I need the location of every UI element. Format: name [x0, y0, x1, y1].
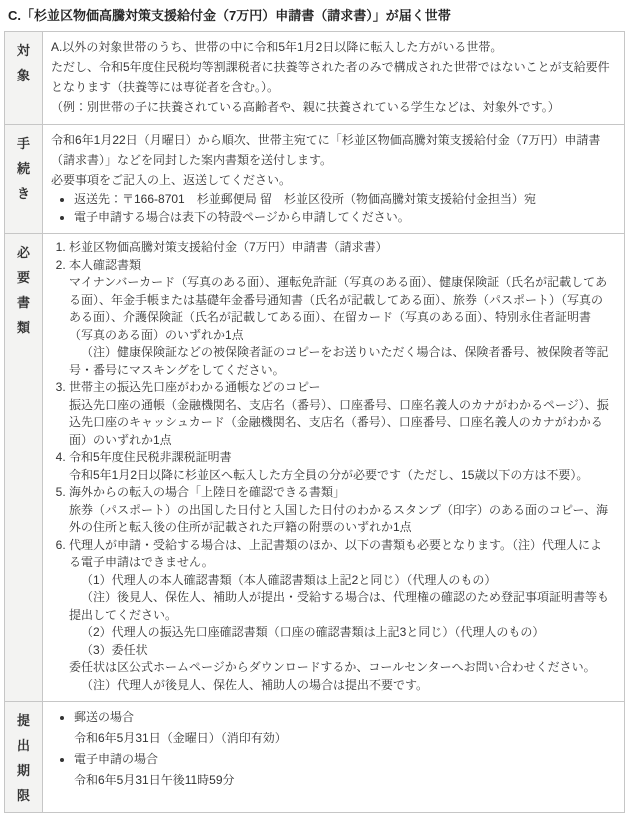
- benefit-info-table: 対象 A.以外の対象世帯のうち、世帯の中に令和5年1月2日以降に転入した方がいる…: [4, 31, 625, 813]
- documents-list: 杉並区物価高騰対策支援給付金（7万円）申請書（請求書） 本人確認書類 マイナンバ…: [51, 239, 614, 694]
- procedure-paragraph-1: 令和6年1月22日（月曜日）から順次、世帯主宛てに「杉並区物価高騰対策支援給付金…: [51, 130, 614, 170]
- document-item-title: 代理人が申請・受給する場合は、上記書類のほか、以下の書類も必要となります。（注）…: [69, 537, 614, 572]
- row-header-procedure: 手続き: [5, 125, 43, 234]
- document-item-title: 海外からの転入の場合「上陸日を確認できる書類」: [69, 484, 614, 502]
- row-procedure: 手続き 令和6年1月22日（月曜日）から順次、世帯主宛てに「杉並区物価高騰対策支…: [5, 125, 625, 234]
- document-item-title: 令和5年度住民税非課税証明書: [69, 449, 614, 467]
- target-paragraph-1: A.以外の対象世帯のうち、世帯の中に令和5年1月2日以降に転入した方がいる世帯。: [51, 37, 614, 57]
- deadline-online-date: 令和6年5月31日午後11時59分: [74, 770, 614, 791]
- row-content-procedure: 令和6年1月22日（月曜日）から順次、世帯主宛てに「杉並区物価高騰対策支援給付金…: [43, 125, 625, 234]
- document-item-detail: 令和5年1月2日以降に杉並区へ転入した方全員の分が必要です（ただし、15歳以下の…: [69, 467, 614, 485]
- document-item-proxy: 代理人が申請・受給する場合は、上記書類のほか、以下の書類も必要となります。（注）…: [69, 537, 614, 695]
- row-header-procedure-label: 手続き: [16, 131, 32, 206]
- row-header-documents-label: 必要書類: [16, 240, 32, 340]
- proxy-note-guardian: （注）後見人、保佐人、補助人が提出・受給する場合は、代理権の確認のため登記事項証…: [69, 589, 614, 624]
- target-paragraph-example: （例：別世帯の子に扶養されている高齢者や、親に扶養されている学生などは、対象外で…: [51, 97, 614, 117]
- document-item-detail: マイナンバーカード（写真のある面）、運転免許証（写真のある面）、健康保険証（氏名…: [69, 274, 614, 344]
- deadline-mail-label: 郵送の場合: [74, 707, 614, 728]
- document-item-overseas-entry: 海外からの転入の場合「上陸日を確認できる書類」 旅券（パスポート）の出国した日付…: [69, 484, 614, 537]
- document-item-detail: 振込先口座の通帳（金融機関名、支店名（番号）、口座番号、口座名義人のカナがわかる…: [69, 397, 614, 450]
- row-deadline: 提出期限 郵送の場合 令和6年5月31日（金曜日）（消印有効） 電子申請の場合 …: [5, 702, 625, 813]
- procedure-paragraph-2: 必要事項をご記入の上、返送してください。: [51, 170, 614, 190]
- procedure-bullet-list: 返送先：〒166-8701 杉並郵便局 留 杉並区役所（物価高騰対策支援給付金担…: [51, 190, 614, 226]
- bullet-item-return-address: 返送先：〒166-8701 杉並郵便局 留 杉並区役所（物価高騰対策支援給付金担…: [74, 190, 614, 208]
- target-paragraph-2: ただし、令和5年度住民税均等割課税者に扶養等された者のみで構成された世帯ではない…: [51, 57, 614, 97]
- bullet-item-online-application: 電子申請する場合は表下の特設ページから申請してください。: [74, 208, 614, 226]
- document-item-tax-exemption-certificate: 令和5年度住民税非課税証明書 令和5年1月2日以降に杉並区へ転入した方全員の分が…: [69, 449, 614, 484]
- document-item-bank-account: 世帯主の振込先口座がわかる通帳などのコピー 振込先口座の通帳（金融機関名、支店名…: [69, 379, 614, 449]
- row-documents: 必要書類 杉並区物価高騰対策支援給付金（7万円）申請書（請求書） 本人確認書類 …: [5, 234, 625, 702]
- proxy-sub-identity: （1）代理人の本人確認書類（本人確認書類は上記2と同じ）（代理人のもの）: [69, 572, 614, 590]
- proxy-note-exemption: （注）代理人が後見人、保佐人、補助人の場合は提出不要です。: [69, 677, 614, 695]
- page-title: C.「杉並区物価高騰対策支援給付金（7万円）申請書（請求書）」が届く世帯: [8, 8, 640, 24]
- document-item-title: 本人確認書類: [69, 257, 614, 275]
- deadline-online-label: 電子申請の場合: [74, 749, 614, 770]
- deadline-item-mail: 郵送の場合 令和6年5月31日（金曜日）（消印有効）: [74, 707, 614, 749]
- proxy-sub-account: （2）代理人の振込先口座確認書類（口座の確認書類は上記3と同じ）（代理人のもの）: [69, 624, 614, 642]
- page: C.「杉並区物価高騰対策支援給付金（7万円）申請書（請求書）」が届く世帯 対象 …: [0, 8, 640, 813]
- row-content-documents: 杉並区物価高騰対策支援給付金（7万円）申請書（請求書） 本人確認書類 マイナンバ…: [43, 234, 625, 702]
- deadline-item-online: 電子申請の場合 令和6年5月31日午後11時59分: [74, 749, 614, 791]
- row-header-target: 対象: [5, 32, 43, 125]
- document-item-detail: 旅券（パスポート）の出国した日付と入国した日付のわかるスタンプ（印字）のある面の…: [69, 502, 614, 537]
- document-item-title: 杉並区物価高騰対策支援給付金（7万円）申請書（請求書）: [69, 239, 614, 257]
- document-item-title: 世帯主の振込先口座がわかる通帳などのコピー: [69, 379, 614, 397]
- deadline-mail-date: 令和6年5月31日（金曜日）（消印有効）: [74, 728, 614, 749]
- proxy-sub-power-of-attorney: （3）委任状: [69, 642, 614, 660]
- row-header-target-label: 対象: [16, 38, 32, 88]
- document-item-note: （注）健康保険証などの被保険者証のコピーをお送りいただく場合は、保険者番号、被保…: [69, 344, 614, 379]
- proxy-power-of-attorney-info: 委任状は区公式ホームページからダウンロードするか、コールセンターへお問い合わせく…: [69, 659, 614, 677]
- row-header-deadline: 提出期限: [5, 702, 43, 813]
- document-item-identity: 本人確認書類 マイナンバーカード（写真のある面）、運転免許証（写真のある面）、健…: [69, 257, 614, 380]
- row-header-deadline-label: 提出期限: [16, 708, 32, 808]
- row-content-target: A.以外の対象世帯のうち、世帯の中に令和5年1月2日以降に転入した方がいる世帯。…: [43, 32, 625, 125]
- row-header-documents: 必要書類: [5, 234, 43, 702]
- row-content-deadline: 郵送の場合 令和6年5月31日（金曜日）（消印有効） 電子申請の場合 令和6年5…: [43, 702, 625, 813]
- deadline-list: 郵送の場合 令和6年5月31日（金曜日）（消印有効） 電子申請の場合 令和6年5…: [51, 707, 614, 791]
- row-target: 対象 A.以外の対象世帯のうち、世帯の中に令和5年1月2日以降に転入した方がいる…: [5, 32, 625, 125]
- document-item-application-form: 杉並区物価高騰対策支援給付金（7万円）申請書（請求書）: [69, 239, 614, 257]
